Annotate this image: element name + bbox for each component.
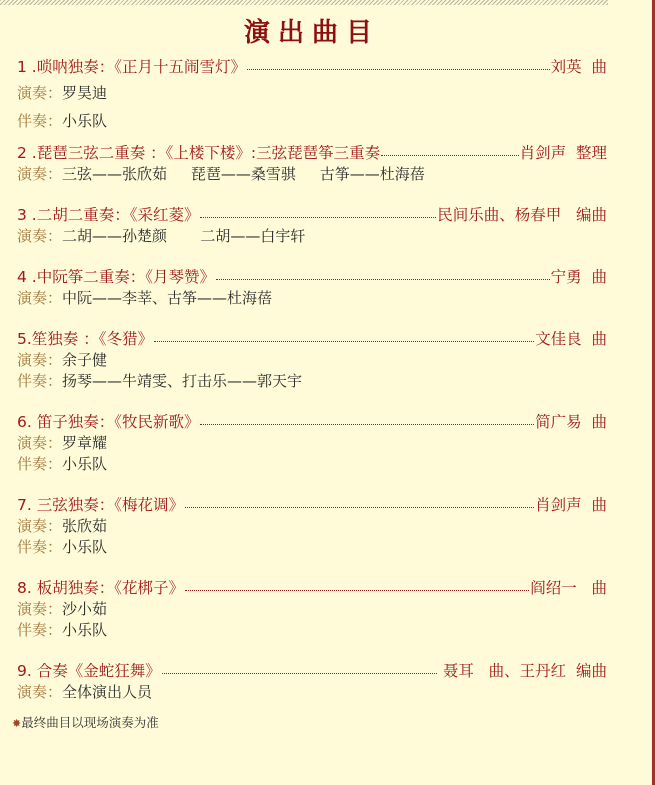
piece-title: 6. 笛子独奏：《牧民新歌》 [17,411,199,433]
dot-leader [381,155,519,156]
performer: 张欣茹 [62,517,107,535]
dot-leader [200,424,534,425]
role-label: 演奏： [17,227,62,245]
footnote-text: 最终曲目以现场演奏为准 [21,715,159,730]
role-label: 演奏： [17,600,62,618]
performer: 全体演出人员 [62,683,152,701]
role-label: 伴奏： [17,112,62,130]
performer: 沙小茹 [62,600,107,618]
program-item-5: 5.笙独奏 ：《冬猎》文佳良 曲 演奏：余子健 伴奏：扬琴——牛靖雯、打击乐——… [17,328,607,392]
dot-leader [200,217,436,218]
performer: 余子健 [62,351,107,369]
role-label: 伴奏： [17,621,62,639]
piece-credit: 民间乐曲、杨春甲 编曲 [437,204,607,226]
performer: 中阮——李莘、古筝——杜海蓓 [62,289,272,307]
piece-title: 4 .中阮筝二重奏：《月琴赞》 [17,266,215,288]
piece-credit: 文佳良 曲 [535,328,607,350]
program-item-7: 7. 三弦独奏：《梅花调》肖剑声 曲 演奏：张欣茹 伴奏：小乐队 [17,494,607,558]
performer: 小乐队 [62,621,107,639]
performer: 罗昊迪 [62,84,107,102]
piece-title: 8. 板胡独奏：《花梆子》 [17,577,184,599]
performer: 扬琴——牛靖雯、打击乐——郭天宇 [62,372,302,390]
role-label: 伴奏： [17,538,62,556]
top-hatch-border [0,0,608,5]
piece-title: 5.笙独奏 ：《冬猎》 [17,328,153,350]
piece-credit: 阎绍一 曲 [530,577,607,599]
piece-title: 9. 合奏《金蛇狂舞》 [17,660,161,682]
role-label: 伴奏： [17,372,62,390]
role-label: 演奏： [17,289,62,307]
role-label: 演奏： [17,165,62,183]
role-label: 演奏： [17,351,62,369]
piece-credit: 宁勇 曲 [551,266,607,288]
program-item-6: 6. 笛子独奏：《牧民新歌》简广易 曲 演奏：罗章耀 伴奏：小乐队 [17,411,607,475]
page-title: 演出曲目 [0,12,624,49]
program-item-9: 9. 合奏《金蛇狂舞》 聂耳 曲、王丹红 编曲 演奏：全体演出人员 [17,660,607,703]
piece-credit: 聂耳 曲、王丹红 编曲 [438,660,607,682]
program-item-4: 4 .中阮筝二重奏：《月琴赞》宁勇 曲 演奏：中阮——李莘、古筝——杜海蓓 [17,266,607,309]
piece-credit: 肖剑声 曲 [535,494,607,516]
performer: 罗章耀 [62,434,107,452]
piece-title: 3 .二胡二重奏：《采红菱》 [17,204,199,226]
footnote: ✸最终曲目以现场演奏为准 [12,713,159,731]
program-item-1: 1 .唢呐独奏：《正月十五闹雪灯》刘英 曲 演奏：罗昊迪 伴奏：小乐队 [17,56,607,132]
program-item-2: 2 .琵琶三弦二重奏 ：《上楼下楼》:三弦琵琶筝三重奏肖剑声 整理 演奏：三弦—… [17,142,607,185]
dot-leader [162,673,437,674]
dot-leader [216,279,550,280]
performer: 小乐队 [62,112,107,130]
role-label: 演奏： [17,517,62,535]
dot-leader [185,590,529,591]
performer: 小乐队 [62,455,107,473]
role-label: 演奏： [17,84,62,102]
piece-title: 1 .唢呐独奏：《正月十五闹雪灯》 [17,56,246,78]
role-label: 演奏： [17,434,62,452]
performer: 三弦——张欣茹 琵琶——桑雪骐 古筝——杜海蓓 [62,165,425,183]
role-label: 伴奏： [17,455,62,473]
role-label: 演奏： [17,683,62,701]
piece-title: 2 .琵琶三弦二重奏 ：《上楼下楼》:三弦琵琶筝三重奏 [17,142,380,164]
dot-leader [247,69,550,70]
piece-credit: 刘英 曲 [551,56,607,78]
performer: 小乐队 [62,538,107,556]
performer: 二胡——孙楚颜 二胡——白宇轩 [62,227,305,245]
dot-leader [154,341,534,342]
program-item-8: 8. 板胡独奏：《花梆子》阎绍一 曲 演奏：沙小茹 伴奏：小乐队 [17,577,607,641]
piece-credit: 肖剑声 整理 [520,142,607,164]
piece-title: 7. 三弦独奏：《梅花调》 [17,494,184,516]
dot-leader [185,507,534,508]
piece-credit: 简广易 曲 [535,411,607,433]
star-bullet-icon: ✸ [12,717,21,730]
program-item-3: 3 .二胡二重奏：《采红菱》民间乐曲、杨春甲 编曲 演奏：二胡——孙楚颜 二胡—… [17,204,607,247]
